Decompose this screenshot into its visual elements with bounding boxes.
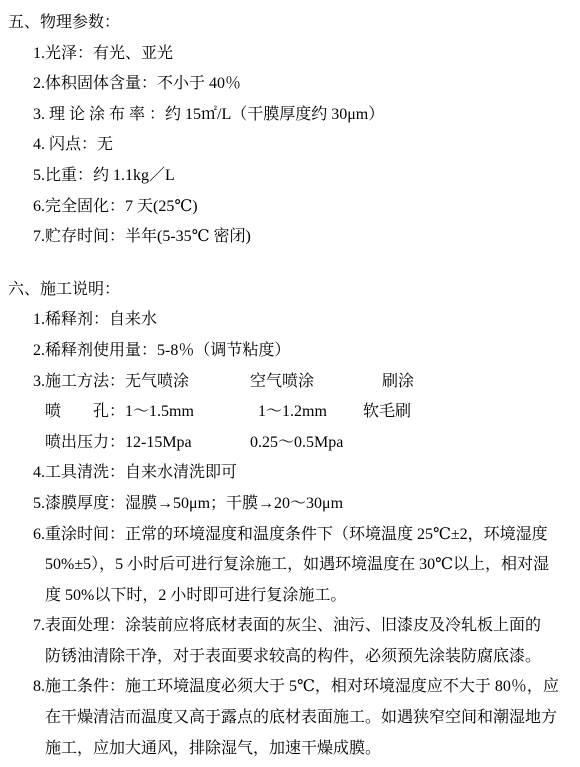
text-segment: 7.表面处理：涂装前应将底材表面的灰尘、油污、旧漆皮及冷轧板上面的 xyxy=(33,611,541,642)
text-line: 3. 理 论 涂 布 率 ：约 15㎡/L（干膜厚度约 30μm） xyxy=(0,100,580,131)
text-line: 2.稀释剂使用量：5-8％（调节粘度） xyxy=(0,336,580,367)
text-line: 4. 闪点：无 xyxy=(0,130,580,161)
text-line: 5.比重：约 1.1kg／L xyxy=(0,161,580,192)
text-line: 喷出压力：12-15Mpa0.25～0.5Mpa xyxy=(0,428,580,459)
text-segment: 1～1.2mm xyxy=(258,397,327,428)
text-segment: 3. 理 论 涂 布 率 ：约 15㎡/L（干膜厚度约 30μm） xyxy=(33,100,384,131)
text-segment: 5.比重：约 1.1kg／L xyxy=(33,161,175,192)
section-1: 五、物理参数：1.光泽：有光、亚光2.体积固体含量：不小于 40％3. 理 论 … xyxy=(0,8,580,253)
text-segment: 50%±5），5 小时后可进行复涂施工，如遇环境温度在 30℃以上，相对湿 xyxy=(45,550,549,581)
document-page: 五、物理参数：1.光泽：有光、亚光2.体积固体含量：不小于 40％3. 理 论 … xyxy=(0,0,580,767)
text-line: 6.完全固化：7 天(25℃) xyxy=(0,192,580,223)
text-line: 喷 孔：1～1.5mm1～1.2mm软毛刷 xyxy=(0,397,580,428)
text-segment: 度 50%以下时，2 小时即可进行复涂施工。 xyxy=(45,581,346,612)
text-segment: 8.施工条件：施工环境温度必须大于 5℃，相对环境湿度应不大于 80％，应 xyxy=(33,672,559,703)
text-segment: 施工，应加大通风，排除湿气，加速干燥成膜。 xyxy=(45,734,381,765)
text-segment: 1.稀释剂：自来水 xyxy=(33,305,157,336)
text-line: 度 50%以下时，2 小时即可进行复涂施工。 xyxy=(0,581,580,612)
text-line: 6.重涂时间：正常的环境湿度和温度条件下（环境温度 25℃±2，环境湿度 xyxy=(0,520,580,551)
section-heading: 六、施工说明： xyxy=(0,275,580,306)
text-segment: 5.漆膜厚度：湿膜→50μm；干膜→20～30μm xyxy=(33,489,343,520)
text-line: 在干燥清洁而温度又高于露点的底材表面施工。如遇狭窄空间和潮湿地方 xyxy=(0,703,580,734)
text-segment: 六、施工说明： xyxy=(8,275,120,306)
text-line: 1.光泽：有光、亚光 xyxy=(0,39,580,70)
text-segment: 0.25～0.5Mpa xyxy=(250,428,343,459)
text-segment: 4. 闪点：无 xyxy=(33,130,113,161)
text-segment: 五、物理参数： xyxy=(8,8,120,39)
text-line: 7.表面处理：涂装前应将底材表面的灰尘、油污、旧漆皮及冷轧板上面的 xyxy=(0,611,580,642)
text-segment: 1.光泽：有光、亚光 xyxy=(33,39,173,70)
text-segment: 防锈油清除干净，对于表面要求较高的构件，必须预先涂装防腐底漆。 xyxy=(45,642,541,673)
text-line: 1.稀释剂：自来水 xyxy=(0,305,580,336)
section-2: 六、施工说明：1.稀释剂：自来水2.稀释剂使用量：5-8％（调节粘度）3.施工方… xyxy=(0,275,580,765)
text-line: 3.施工方法：无气喷涂空气喷涂刷涂 xyxy=(0,367,580,398)
text-line: 施工，应加大通风，排除湿气，加速干燥成膜。 xyxy=(0,734,580,765)
text-line: 2.体积固体含量：不小于 40％ xyxy=(0,69,580,100)
text-segment: 3.施工方法：无气喷涂 xyxy=(33,367,189,398)
text-segment: 2.稀释剂使用量：5-8％（调节粘度） xyxy=(33,336,290,367)
text-line: 50%±5），5 小时后可进行复涂施工，如遇环境温度在 30℃以上，相对湿 xyxy=(0,550,580,581)
text-segment: 空气喷涂 xyxy=(250,367,314,398)
text-segment: 6.重涂时间：正常的环境湿度和温度条件下（环境温度 25℃±2，环境湿度 xyxy=(33,520,548,551)
document-body: 五、物理参数：1.光泽：有光、亚光2.体积固体含量：不小于 40％3. 理 论 … xyxy=(0,8,580,764)
text-segment: 4.工具清洗：自来水清洗即可 xyxy=(33,458,237,489)
text-segment: 2.体积固体含量：不小于 40％ xyxy=(33,69,241,100)
text-line: 5.漆膜厚度：湿膜→50μm；干膜→20～30μm xyxy=(0,489,580,520)
section-heading: 五、物理参数： xyxy=(0,8,580,39)
text-line: 8.施工条件：施工环境温度必须大于 5℃，相对环境湿度应不大于 80％，应 xyxy=(0,672,580,703)
text-line: 防锈油清除干净，对于表面要求较高的构件，必须预先涂装防腐底漆。 xyxy=(0,642,580,673)
text-segment: 7.贮存时间：半年(5-35℃ 密闭) xyxy=(33,222,251,253)
text-segment: 6.完全固化：7 天(25℃) xyxy=(33,192,198,223)
text-segment: 喷 孔：1～1.5mm xyxy=(45,397,194,428)
text-line: 4.工具清洗：自来水清洗即可 xyxy=(0,458,580,489)
text-segment: 软毛刷 xyxy=(363,397,411,428)
text-segment: 喷出压力：12-15Mpa xyxy=(45,428,192,459)
text-line: 7.贮存时间：半年(5-35℃ 密闭) xyxy=(0,222,580,253)
text-segment: 在干燥清洁而温度又高于露点的底材表面施工。如遇狭窄空间和潮湿地方 xyxy=(45,703,557,734)
text-segment: 刷涂 xyxy=(382,367,414,398)
